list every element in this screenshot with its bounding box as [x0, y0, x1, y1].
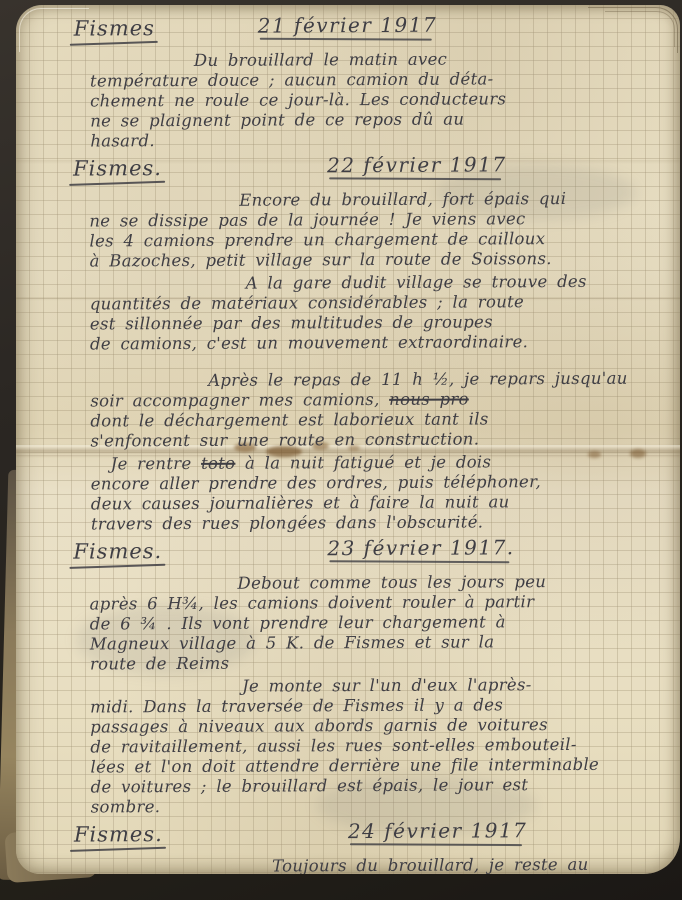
- text-segment: Toujours du brouillard, je reste au: [272, 855, 589, 874]
- text-segment: dont le déchargement est laborieux tant …: [90, 409, 488, 430]
- text-segment: Debout comme tous les jours peu: [237, 572, 546, 593]
- text-segment: Magneux village à 5 K. de Fismes et sur …: [90, 632, 495, 653]
- handwritten-line: A la gare dudit village se trouve des: [90, 272, 656, 295]
- text-segment: s'enfoncent sur une route en constructio…: [90, 429, 479, 450]
- text-segment: A la gare dudit village se trouve des: [246, 272, 587, 293]
- text-segment: route de Reims: [90, 654, 230, 674]
- text-segment: travers des rues plongées dans l'obscuri…: [91, 512, 483, 533]
- notebook-page: Fismes21 février 1917Du brouillard le ma…: [16, 5, 680, 874]
- text-segment: midi. Dans la traversée de Fismes il y a…: [90, 695, 503, 716]
- diary-entry: Fismes.22 février 1917Encore du brouilla…: [89, 154, 657, 535]
- entry-paragraph: Après le repas de 11 h ½, je repars jusq…: [90, 369, 656, 452]
- text-segment: température douce ; aucun camion du déta…: [90, 69, 494, 90]
- text-segment: lées et l'on doit attendre derrière une …: [90, 755, 599, 777]
- text-segment: Encore du brouillard, fort épais qui: [239, 189, 566, 210]
- text-segment: de voitures ; le brouillard est épais, l…: [91, 775, 529, 796]
- entry-paragraph: Debout comme tous les jours peuaprès 6 H…: [89, 572, 656, 675]
- text-segment: de 6 ¾ . Ils vont prendre leur chargemen…: [90, 612, 506, 633]
- diary-entry: Fismes.24 février 1917Toujours du brouil…: [90, 820, 656, 874]
- text-segment: sombre.: [91, 797, 161, 816]
- text-segment: deux causes journalières et à faire la n…: [91, 492, 510, 513]
- handwritten-line: hasard.: [90, 129, 656, 152]
- entry-paragraph: Je monte sur l'un d'eux l'après-midi. Da…: [90, 675, 657, 818]
- entry-paragraph: Encore du brouillard, fort épais quine s…: [89, 189, 655, 272]
- struck-out-text: toto: [201, 454, 235, 473]
- handwritten-line: sombre.: [91, 795, 657, 818]
- entry-place-label: Fismes.: [73, 156, 162, 180]
- diary-entry: Fismes21 février 1917Du brouillard le ma…: [90, 14, 657, 152]
- text-segment: chement ne roule ce jour-là. Les conduct…: [90, 89, 506, 110]
- entry-date-label: 24 février 1917: [348, 818, 528, 843]
- entry-place-label: Fismes.: [73, 539, 162, 563]
- text-segment: de camions, c'est un mouvement extraordi…: [90, 332, 528, 353]
- entry-paragraph: Toujours du brouillard, je reste au: [90, 855, 656, 874]
- entry-date-label: 23 février 1917.: [327, 535, 514, 560]
- text-segment: Après le repas de 11 h ½, je repars jusq…: [208, 369, 628, 390]
- entry-date-label: 22 février 1917: [327, 152, 507, 177]
- entry-header: Fismes.23 février 1917.: [89, 537, 655, 570]
- handwritten-line: route de Reims: [90, 652, 656, 675]
- entry-place-label: Fismes.: [74, 822, 163, 846]
- handwritten-line: à Bazoches, petit village sur la route d…: [90, 249, 656, 272]
- handwritten-line: lées et l'on doit attendre derrière une …: [90, 755, 656, 778]
- text-segment: encore aller prendre des ordres, puis té…: [91, 472, 541, 493]
- handwritten-line: s'enfoncent sur une route en constructio…: [90, 429, 656, 452]
- entry-place-label: Fismes: [74, 16, 155, 40]
- handwritten-line: Toujours du brouillard, je reste au: [90, 855, 656, 874]
- text-segment: soir accompagner mes camions,: [90, 390, 389, 411]
- struck-out-text: nous pro: [389, 389, 469, 408]
- text-segment: Je rentre: [111, 454, 202, 473]
- handwritten-line: de camions, c'est un mouvement extraordi…: [90, 332, 656, 355]
- entry-paragraph: Je rentre toto à la nuit fatigué et je d…: [91, 452, 657, 535]
- text-segment: Du brouillard le matin avec: [194, 50, 447, 70]
- text-segment: de ravitaillement, aussi les rues sont-e…: [90, 735, 576, 757]
- entry-date-label: 21 février 1917: [258, 13, 438, 38]
- text-segment: passages à niveaux aux abords garnis de …: [90, 715, 548, 736]
- handwritten-line: Après le repas de 11 h ½, je repars jusq…: [90, 369, 656, 392]
- text-segment: ne se dissipe pas de la journée ! Je vie…: [89, 209, 525, 230]
- text-segment: hasard.: [90, 131, 155, 150]
- entry-header: Fismes21 février 1917: [90, 14, 656, 47]
- entry-header: Fismes.24 février 1917: [90, 820, 656, 853]
- entry-header: Fismes.22 février 1917: [89, 154, 655, 187]
- text-segment: est sillonnée par des multitudes de grou…: [90, 312, 493, 333]
- text-segment: à la nuit fatigué et je dois: [235, 452, 491, 472]
- entry-paragraph: Du brouillard le matin avectempérature d…: [90, 49, 657, 152]
- diary-entry: Fismes.23 février 1917.Debout comme tous…: [89, 537, 656, 818]
- entry-paragraph: A la gare dudit village se trouve desqua…: [90, 272, 656, 355]
- text-segment: ne se plaignent point de ce repos dû au: [90, 110, 464, 131]
- text-segment: les 4 camions prendre un chargement de c…: [89, 229, 545, 250]
- diary-entries: Fismes21 février 1917Du brouillard le ma…: [16, 5, 680, 874]
- handwritten-line: travers des rues plongées dans l'obscuri…: [91, 512, 657, 535]
- text-segment: après 6 H¾, les camions doivent rouler à…: [90, 592, 535, 613]
- notebook-photo-background: Fismes21 février 1917Du brouillard le ma…: [0, 0, 682, 900]
- text-segment: quantités de matériaux considérables ; l…: [90, 292, 524, 313]
- text-segment: Je monte sur l'un d'eux l'après-: [242, 675, 532, 696]
- text-segment: à Bazoches, petit village sur la route d…: [90, 249, 552, 270]
